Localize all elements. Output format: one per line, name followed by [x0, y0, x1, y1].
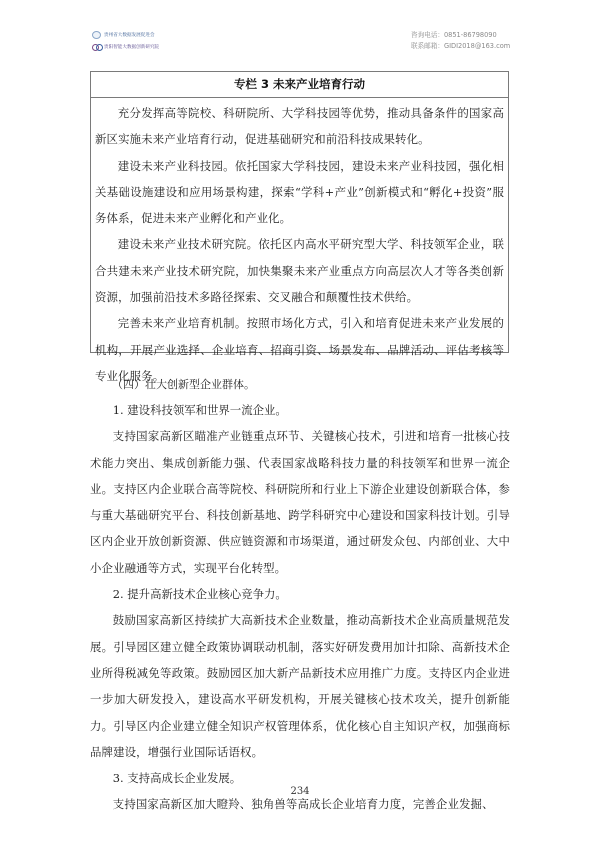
- logo-association: 贵州省大数据发展促进会: [92, 30, 172, 40]
- box-paragraph: 充分发挥高等院校、科研院所、大学科技园等优势，推动具备条件的国家高新区实施未来产…: [95, 100, 504, 153]
- page-number: 234: [0, 786, 600, 797]
- item-heading: 2. 提升高新技术企业核心竞争力。: [90, 581, 510, 607]
- phone-label: 咨询电话：: [411, 31, 444, 39]
- item-heading: 1. 建设科技领军和世界一流企业。: [90, 397, 510, 423]
- section-heading: （四）壮大创新型企业群体。: [90, 373, 510, 397]
- page-header: 贵州省大数据发展促进会 贵阳智能大数据创新研究院 咨询电话：0851-86798…: [0, 0, 600, 60]
- organization-logos: 贵州省大数据发展促进会 贵阳智能大数据创新研究院: [92, 30, 172, 54]
- item-paragraph: 鼓励国家高新区持续扩大高新技术企业数量，推动高新技术企业高质量规范发展。引导园区…: [90, 607, 510, 765]
- institute-name: 贵阳智能大数据创新研究院: [104, 44, 159, 50]
- box-paragraph: 建设未来产业技术研究院。依托区内高水平研究型大学、科技领军企业，联合共建未来产业…: [95, 231, 504, 310]
- association-logo-icon: [92, 31, 101, 39]
- body-text: （四）壮大创新型企业群体。 1. 建设科技领军和世界一流企业。 支持国家高新区瞄…: [90, 373, 510, 818]
- box-paragraph: 建设未来产业科技园。依托国家大学科技园，建设未来产业科技园，强化相关基础设施建设…: [95, 153, 504, 232]
- contact-info: 咨询电话：0851-86798090 联系邮箱：GIDI2018@163.com: [411, 30, 510, 52]
- institute-logo-icon: [92, 43, 101, 51]
- contact-email: 联系邮箱：GIDI2018@163.com: [411, 41, 510, 52]
- email-label: 联系邮箱：: [411, 42, 444, 50]
- column-box: 专栏 3 未来产业培育行动 充分发挥高等院校、科研院所、大学科技园等优势，推动具…: [90, 71, 509, 353]
- phone-number: 0851-86798090: [444, 31, 497, 39]
- email-address: GIDI2018@163.com: [444, 42, 510, 50]
- column-box-body: 充分发挥高等院校、科研院所、大学科技园等优势，推动具备条件的国家高新区实施未来产…: [91, 98, 508, 389]
- association-name: 贵州省大数据发展促进会: [104, 32, 155, 38]
- logo-institute: 贵阳智能大数据创新研究院: [92, 42, 172, 52]
- contact-phone: 咨询电话：0851-86798090: [411, 30, 510, 41]
- item-paragraph: 支持国家高新区瞄准产业链重点环节、关键核心技术，引进和培育一批核心技术能力突出、…: [90, 423, 510, 581]
- column-box-title: 专栏 3 未来产业培育行动: [91, 72, 508, 98]
